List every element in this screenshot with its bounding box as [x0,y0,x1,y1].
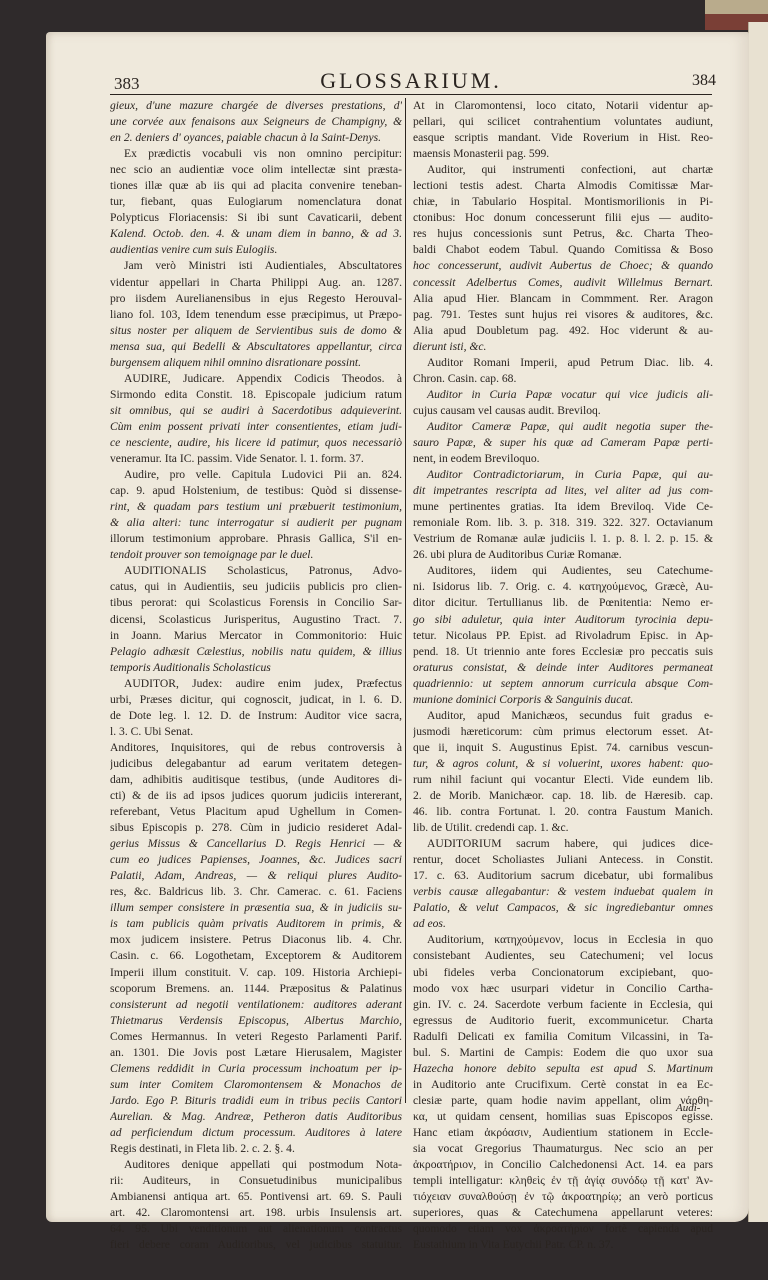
text-line: res hujus concessionis sunt Petrus, &c. … [413,226,713,242]
text-line: ad eos. [413,916,713,932]
text-line: rint, & quadam pars testium uni præbueri… [110,499,402,515]
text-line: une corvée aux fenaisons aux Seigneurs d… [110,114,402,130]
text-line: Anditores, Inquisitores, qui de rebus co… [110,740,402,756]
text-line: Jardo. Ego P. Bituris tradidi eum in tri… [110,1093,402,1109]
text-line: maensis Monasterii pag. 599. [413,146,713,162]
text-line: ctonibus: Hoc donum concesserunt filii e… [413,210,713,226]
text-line: quomodo etiam vox ἀκροατήριον fortè capi… [413,1221,713,1237]
text-line: lectioni testis adest. Charta Almodis Co… [413,178,713,194]
text-line: de Dote leg. l. 12. D. de Instrum: Audit… [110,708,402,724]
text-line: & alia alteri: tunc interrogatur si audi… [110,515,402,531]
adjacent-page-edge [748,22,768,1222]
text-line: Imperii illum constituit. V. cap. 109. H… [110,965,402,981]
text-line: 17. c. 63. Auditorium sacrum dicebatur, … [413,868,713,884]
text-line: munione dominici Corporis & Sanguinis du… [413,692,713,708]
text-line: in Joann. Marius Mercator in Commonitori… [110,628,402,644]
text-line: veneramur. Ita IC. passim. Vide Senator.… [110,451,402,467]
text-line: art. 42. Claromontensi art. 198. urbis I… [110,1205,402,1221]
text-line: sauro Papæ, & super his quæ ad Cameram P… [413,435,713,451]
text-line: Auditor Cameræ Papæ, qui audit negotia s… [413,419,713,435]
left-column: gieux, d'une mazure chargée de diverses … [110,98,402,1253]
text-line: dicensi, Scolasticus Jurisperitus, Augus… [110,612,402,628]
text-line: Auditor Contradictoriarum, in Curia Papæ… [413,467,713,483]
text-line: Aurelian. & Mag. Andreæ, Petheron datis … [110,1109,402,1125]
text-line: clesiæ parte, quam hodie navim appellant… [413,1093,713,1109]
text-line: 64. 95. Ubi venditionum aut alienationum… [110,1221,402,1237]
text-line: concessit Adelbertus Comes, audivit Will… [413,275,713,291]
text-line: egressus de Auditorio fuerit, excommunic… [413,1013,713,1029]
text-line: in Auditorio ante Crucifixum. Certè cons… [413,1077,713,1093]
text-line: AUDITIONALIS Scholasticus, Patronus, Adv… [110,563,402,579]
text-line: AUDITORIUM sacrum habere, qui judices di… [413,836,713,852]
text-line: verbis causæ allegabantur: & vestem indu… [413,884,713,900]
text-line: AUDITOR, Judex: audire enim judex, Præfe… [110,676,402,692]
text-line: mensa sua, qui Bedelli & Abscultatores a… [110,339,402,355]
text-line: Kalend. Octob. den. 4. & unam diem in ba… [110,226,402,242]
text-line: burgensem aliquem nihil omnino disration… [110,355,402,371]
text-line: easque scriptis mandant. Vide Roverium i… [413,130,713,146]
text-line: Palatii, Adam, Andreas, — & reliqui plur… [110,868,402,884]
text-line: Chron. Casin. cap. 68. [413,371,713,387]
text-line: Eustathium in Vita Eutychii Patr. CP. n.… [413,1237,713,1253]
text-line: 2. de Morib. Manichæor. cap. 18. lib. de… [413,788,713,804]
text-line: gieux, d'une mazure chargée de diverses … [110,98,402,114]
text-line: pag. 791. Testes sunt hujus rei visores … [413,307,713,323]
text-line: bul. S. Martini de Campis: Eodem die quo… [413,1045,713,1061]
right-column: At in Claromontensi, loco citato, Notari… [413,98,713,1253]
text-line: illorum testimonium approbare. Phrasis G… [110,531,402,547]
text-line: nent, in eodem Breviloquo. [413,451,713,467]
text-line: remoniale Rom. lib. 3. p. 318. 319. 322.… [413,515,713,531]
text-line: tur, fiebant, quas Eulogiarum nomenclatu… [110,194,402,210]
text-line: At in Claromontensi, loco citato, Notari… [413,98,713,114]
text-line: is tam publicis quàm privatis Auditorem … [110,916,402,932]
text-line: pellari, qui scilicet contrahentium volu… [413,114,713,130]
text-line: videntur appellari in Charta Philippi Au… [110,275,402,291]
text-line: cujus causam vel causas audit. Breviloq. [413,403,713,419]
text-line: Sirmondo edita Constit. 18. Episcopale j… [110,387,402,403]
text-line: ἀκροατήριον, in Concilio Calchedonensi A… [413,1157,713,1173]
text-line: τιόχειαν συναλθούσῃ ἐν τῷ ἀκροατηρίῳ; an… [413,1189,713,1205]
text-line: sum inter Comitem Claromontensem & Monac… [110,1077,402,1093]
text-line: sibus Episcopis p. 278. Cùm in judicio r… [110,820,402,836]
text-line: Clemens reddidit in Curia processum inch… [110,1061,402,1077]
text-line: urbi, Præses dicitur, qui cognoscit, jud… [110,692,402,708]
text-line: oraturus consistat, & deinde inter Audit… [413,660,713,676]
text-line: Regis destinati, in Fleta lib. 2. c. 2. … [110,1141,402,1157]
column-divider [405,98,406,1103]
text-line: mune pertinentes gratias. Ita idem Brevi… [413,499,713,515]
text-line: sit omnibus, qui se audiri à Sacerdotibu… [110,403,402,419]
text-line: quadriennio: ut septem annorum curricula… [413,676,713,692]
text-line: dam, adhibitis auditisque testibus, (und… [110,772,402,788]
text-line: ce nesciente, audire, his licere id pati… [110,435,402,451]
text-line: gerius Missus & Cancellarius D. Regis He… [110,836,402,852]
text-line: mox judicem insistere. Petrus Diaconus l… [110,932,402,948]
text-line: 26. ubi plura de Auditoribus Curiæ Roman… [413,547,713,563]
text-line: Ex prædictis vocabuli vis non omnino per… [110,146,402,162]
text-line: catus, qui in Audientiis, seu judiciis p… [110,579,402,595]
text-line: Casin. c. 66. Logothetam, Exceptorem & A… [110,948,402,964]
text-line: situs noster per aliquem de Servientibus… [110,323,402,339]
text-line: an. 1301. Die Jovis post Lætare Hierusal… [110,1045,402,1061]
text-line: Palatio, & velut Campacos, & sic ingredi… [413,900,713,916]
text-line: scoporum Bremens. an. 1144. Præpositus &… [110,981,402,997]
text-line: lib. de Utilit. credendi cap. 1. &c. [413,820,713,836]
text-line: Audire, pro velle. Capitula Ludovici Pii… [110,467,402,483]
text-line: Polypticus Floriacensis: Si ibi sunt Cav… [110,210,402,226]
text-line: Hazecha honore debito sepulta est apud S… [413,1061,713,1077]
text-line: baldi Chabot eodem Tabul. Quando Comitis… [413,242,713,258]
text-line: chiæ, in Tabulario Hospital. Montismoril… [413,194,713,210]
text-line: illum semper consistere in præsentia sua… [110,900,402,916]
text-line: nec scio an audientiæ voce olim intellec… [110,162,402,178]
text-line: que ii, inquit S. Augustinus Epist. 74. … [413,740,713,756]
text-line: Cùm enim possent privati inter consentie… [110,419,402,435]
text-line: AUDIRE, Judicare. Appendix Codicis Theod… [110,371,402,387]
catchword: Audi- [676,1102,700,1114]
text-line: modo vox hæc usurpari videtur in Concili… [413,981,713,997]
text-line: rii: Auditeurs, in Consuetudinibus munic… [110,1173,402,1189]
text-line: Pelagio adhæsit Cælestius, nobilis natu … [110,644,402,660]
text-line: tur, & agros colunt, & si voluerint, uxo… [413,756,713,772]
text-line: cti) & de iis ad ipsos judices quorum ju… [110,788,402,804]
text-line: referebant, Vetus Placitum apud Ughellum… [110,804,402,820]
text-line: dierunt isti, &c. [413,339,713,355]
text-line: ubi fideles verba Concionatorum excipieb… [413,965,713,981]
text-line: en 2. deniers d' oyances, paiable chacun… [110,130,402,146]
text-line: hoc concesserunt, audivit Aubertus de Ch… [413,258,713,274]
text-line: sia vocat Gregorius Thaumaturgus. Nec sc… [413,1141,713,1157]
text-line: cum eo judices Papienses, Joannes, &c. J… [110,852,402,868]
text-line: Auditor Romani Imperii, apud Petrum Diac… [413,355,713,371]
text-line: cap. 9. apud Holstenium, de testibus: Qu… [110,483,402,499]
text-line: templi intelligatur: κληθεὶς ἐν τῇ ἁγίᾳ … [413,1173,713,1189]
text-line: Auditor, qui instrumenti confectioni, au… [413,162,713,178]
text-line: tiones illæ quæ ab iis qui ad placita co… [110,178,402,194]
text-line: dit impetrantes rescripta ad lites, vel … [413,483,713,499]
text-line: Auditor, apud Manichæos, secundus fuit g… [413,708,713,724]
text-line: consisterunt ad negotii ventilationem: a… [110,997,402,1013]
text-line: tibus perorat: qui Scolasticus Forensis … [110,595,402,611]
text-line: Radulfi Delicati ex familia Comitum Vilc… [413,1029,713,1045]
text-line: 46. lib. contra Fortunat. l. 20. contra … [413,804,713,820]
text-line: Auditorium, κατηχούμενον, locus in Eccle… [413,932,713,948]
text-line: Auditor in Curia Papæ vocatur qui vice j… [413,387,713,403]
text-line: temporis Auditionalis Scholasticus [110,660,402,676]
text-line: Alia apud Hier. Blancam in Commment. Rer… [413,291,713,307]
text-line: res, &c. Baldricus lib. 3. Chr. Camerac.… [110,884,402,900]
text-line: Hanc etiam ἀκρόασιν, Audientium statione… [413,1125,713,1141]
text-line: liano fol. 103, Idem tenendum esse præci… [110,307,402,323]
page-title: GLOSSARIUM. [110,68,712,94]
text-line: consistebant Audientes, seu Catechumeni;… [413,948,713,964]
text-line: Jam verò Ministri isti Audientiales, Abs… [110,258,402,274]
text-line: ni. Isidorus lib. 7. Orig. c. 4. κατηχού… [413,579,713,595]
text-line: ad perficiendum dictum processum. Audito… [110,1125,402,1141]
text-line: pro iisdem Aurelianensibus in ejus Reges… [110,291,402,307]
text-line: Thietmarus Verdensis Episcopus, Albertus… [110,1013,402,1029]
text-line: go sibi aduletur, quia inter Auditorum t… [413,612,713,628]
text-line: tendoit prouver son temoignage par le du… [110,547,402,563]
text-line: Auditores denique appellati qui postmodu… [110,1157,402,1173]
text-line: pend. 18. Ut triennio ante fores Ecclesi… [413,644,713,660]
text-line: l. 3. C. Ubi Senat. [110,724,402,740]
text-line: tetur. Nicolaus PP. Epist. ad Rivoladrum… [413,628,713,644]
running-head: 383 GLOSSARIUM. 384 [110,72,712,95]
text-line: judicibus delegabantur ad earum veritate… [110,756,402,772]
text-line: ditor dicitur. Tertullianus lib. de Pœni… [413,595,713,611]
text-line: rentur, docet Scholiastes Juliani Antece… [413,852,713,868]
text-line: rum nihil faciunt qui vocantur Electi. V… [413,772,713,788]
text-line: Comes Hermannus. In veteri Regesto Parla… [110,1029,402,1045]
right-page-number: 384 [692,72,716,90]
text-line: Auditores, iidem qui Audientes, seu Cate… [413,563,713,579]
text-line: Vestrium de Romanæ aulæ judiciis l. 1. p… [413,531,713,547]
text-line: jusmodi hæreticorum: cùm primus electoru… [413,724,713,740]
text-line: gin. IV. c. 24. Sacerdote verbum facient… [413,997,713,1013]
text-line: Alia apud Doubletum pag. 492. Hoc videru… [413,323,713,339]
text-line: Ambianensi antiqua art. 65. Pontivensi a… [110,1189,402,1205]
text-line: fieri debere coram Auditoribus, vel judi… [110,1237,402,1253]
text-line: audientias venire cum suis Eulogiis. [110,242,402,258]
text-line: κα, ut quidam censent, homilias suas Epi… [413,1109,713,1125]
text-line: superiores, quas & Catechumena appellaru… [413,1205,713,1221]
